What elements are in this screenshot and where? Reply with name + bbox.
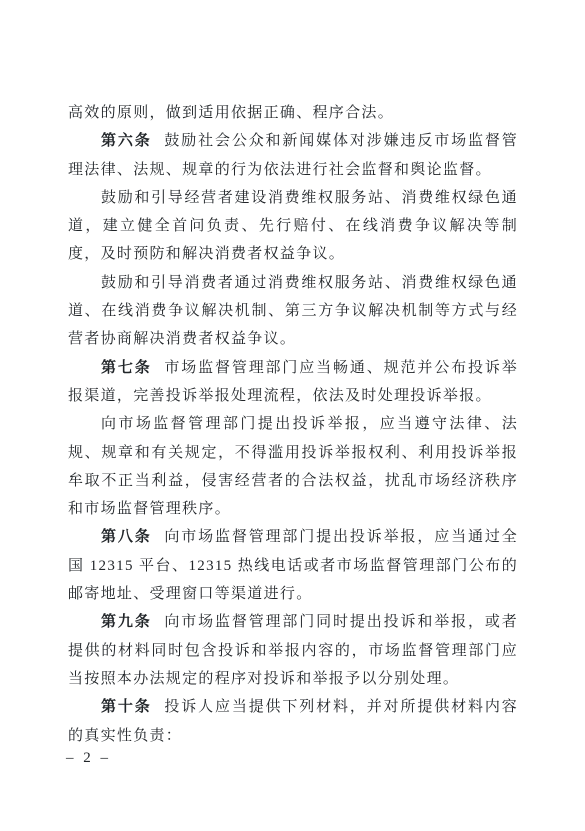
document-paragraph: 高效的原则，做到适用依据正确、程序合法。: [68, 99, 518, 127]
article-heading: 第八条: [101, 529, 152, 545]
document-paragraph: 第八条向市场监督管理部门提出投诉举报，应当通过全国 12315 平台、12315…: [68, 523, 518, 608]
document-paragraph: 第六条鼓励社会公众和新闻媒体对涉嫌违反市场监督管理法律、法规、规章的行为依法进行…: [68, 127, 518, 184]
article-heading: 第七条: [101, 360, 152, 376]
article-heading: 第六条: [101, 133, 152, 149]
document-paragraph: 鼓励和引导消费者通过消费维权服务站、消费维权绿色通道、在线消费争议解决机制、第三…: [68, 269, 518, 354]
document-paragraph: 第九条向市场监督管理部门同时提出投诉和举报，或者提供的材料同时包含投诉和举报内容…: [68, 608, 518, 693]
paragraph-text: 鼓励和引导消费者通过消费维权服务站、消费维权绿色通道、在线消费争议解决机制、第三…: [68, 275, 518, 348]
paragraph-text: 高效的原则，做到适用依据正确、程序合法。: [68, 105, 394, 121]
document-paragraph: 鼓励和引导经营者建设消费维权服务站、消费维权绿色通道，建立健全首问负责、先行赔付…: [68, 184, 518, 269]
document-body: 高效的原则，做到适用依据正确、程序合法。第六条鼓励社会公众和新闻媒体对涉嫌违反市…: [68, 99, 518, 750]
paragraph-text: 鼓励和引导经营者建设消费维权服务站、消费维权绿色通道，建立健全首问负责、先行赔付…: [68, 190, 518, 263]
paragraph-text: 向市场监督管理部门提出投诉举报，应当遵守法律、法规、规章和有关规定，不得滥用投诉…: [68, 416, 518, 517]
document-paragraph: 第十条投诉人应当提供下列材料，并对所提供材料内容的真实性负责：: [68, 693, 518, 750]
document-paragraph: 第七条市场监督管理部门应当畅通、规范并公布投诉举报渠道，完善投诉举报处理流程，依…: [68, 354, 518, 411]
document-paragraph: 向市场监督管理部门提出投诉举报，应当遵守法律、法规、规章和有关规定，不得滥用投诉…: [68, 410, 518, 523]
article-heading: 第九条: [101, 614, 152, 630]
article-heading: 第十条: [101, 699, 152, 715]
document-page: 高效的原则，做到适用依据正确、程序合法。第六条鼓励社会公众和新闻媒体对涉嫌违反市…: [0, 0, 585, 831]
page-number: – 2 –: [66, 750, 111, 767]
